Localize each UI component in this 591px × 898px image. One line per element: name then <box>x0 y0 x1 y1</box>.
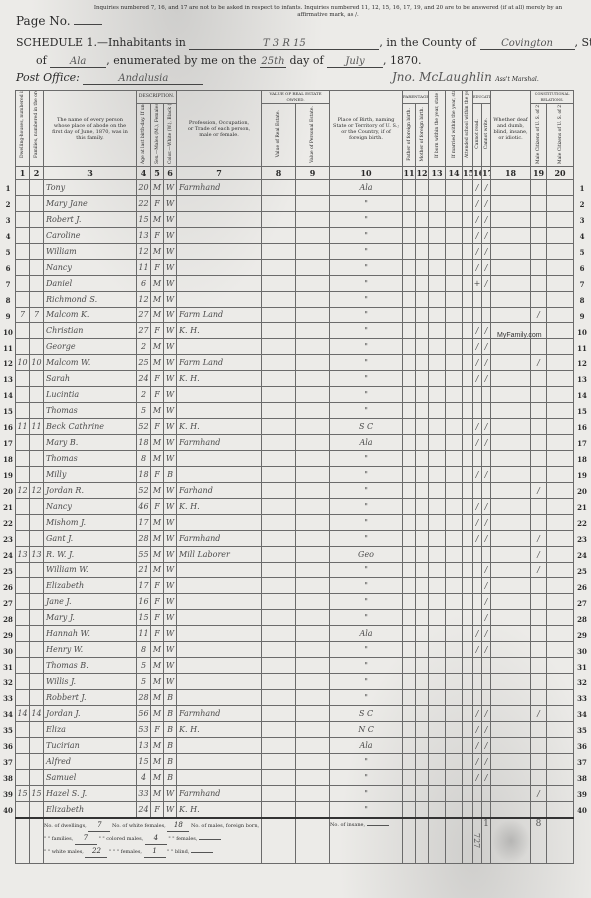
cannot-write: / <box>482 753 491 769</box>
real-estate-value <box>262 594 296 610</box>
father-foreign <box>403 705 416 721</box>
family-number <box>30 387 44 403</box>
disability <box>491 482 531 498</box>
personal-estate-value <box>296 530 330 546</box>
born-within-year <box>429 530 446 546</box>
person-name: Nancy <box>44 259 137 275</box>
male-citizen <box>531 450 547 466</box>
person-name: Alfred <box>44 753 137 769</box>
line-number: 22 <box>2 519 14 528</box>
schedule-line: SCHEDULE 1.—Inhabitants in T 3 R 15, in … <box>16 36 591 50</box>
column-number: 11 <box>403 167 416 180</box>
cannot-write: / <box>482 466 491 482</box>
occupation <box>177 642 262 658</box>
family-number <box>30 562 44 578</box>
col11-header: Father of foreign birth. <box>403 104 416 167</box>
color: W <box>164 514 177 530</box>
occupation: Farhand <box>177 482 262 498</box>
dwelling-number <box>16 450 30 466</box>
cannot-read: / <box>473 355 482 371</box>
real-estate-value <box>262 721 296 737</box>
dwelling-number <box>16 227 30 243</box>
line-number: 27 <box>2 599 14 608</box>
born-within-year <box>429 721 446 737</box>
cannot-write: / <box>482 578 491 594</box>
birthplace: Ala <box>330 737 403 753</box>
enumerated-label: , enumerated by me on the <box>106 54 256 67</box>
born-within-year <box>429 594 446 610</box>
family-number <box>30 259 44 275</box>
born-within-year <box>429 291 446 307</box>
vote-denied <box>547 674 574 690</box>
sex: F <box>151 626 164 642</box>
person-name: Willis J. <box>44 674 137 690</box>
color: B <box>164 769 177 785</box>
marshal-line: Jno. McLaughlin Ass't Marshal. <box>392 70 539 84</box>
real-estate-value <box>262 323 296 339</box>
married-within-year <box>446 323 463 339</box>
line-number: 21 <box>576 503 588 512</box>
disability <box>491 578 531 594</box>
father-foreign <box>403 275 416 291</box>
person-name: Tony <box>44 180 137 196</box>
dwelling-number <box>16 371 30 387</box>
sex: M <box>151 435 164 451</box>
disability <box>491 785 531 801</box>
real-estate-value <box>262 466 296 482</box>
personal-estate-value <box>296 291 330 307</box>
real-estate-value <box>262 291 296 307</box>
mother-foreign <box>416 562 429 578</box>
line-number: 39 <box>576 790 588 799</box>
disability <box>491 658 531 674</box>
attended-school <box>463 339 473 355</box>
occupation: Farmhand <box>177 180 262 196</box>
born-within-year <box>429 626 446 642</box>
cannot-read: / <box>473 498 482 514</box>
mother-foreign <box>416 721 429 737</box>
age: 18 <box>137 466 151 482</box>
line-number: 28 <box>2 615 14 624</box>
cannot-read: / <box>473 753 482 769</box>
col1-header: Dwelling-houses, numbered in the order o… <box>16 91 30 167</box>
person-name: Robbert J. <box>44 690 137 706</box>
sex: M <box>151 642 164 658</box>
line-number: 38 <box>2 774 14 783</box>
line-number: 35 <box>576 726 588 735</box>
birthplace: " <box>330 658 403 674</box>
table-row: Sarah24FWK. H."// <box>16 371 574 387</box>
color: W <box>164 658 177 674</box>
table-row: George2MW"// <box>16 339 574 355</box>
male-citizen: / <box>531 482 547 498</box>
education-group-header: EDUCATION. <box>473 91 491 104</box>
occupation <box>177 243 262 259</box>
column-number: 9 <box>296 167 330 180</box>
table-row: 1212Jordan R.52MWFarhand"/ <box>16 482 574 498</box>
family-number <box>30 498 44 514</box>
attended-school <box>463 594 473 610</box>
dwelling-number <box>16 753 30 769</box>
attended-school <box>463 658 473 674</box>
born-within-year <box>429 546 446 562</box>
census-page: Page No. Inquiries numbered 7, 16, and 1… <box>0 0 591 898</box>
vote-denied <box>547 291 574 307</box>
col6-header: Color.—White (W.), Black (B.), Mulatto (… <box>164 104 177 167</box>
sex: M <box>151 737 164 753</box>
occupation <box>177 753 262 769</box>
dwelling-number <box>16 626 30 642</box>
father-foreign <box>403 259 416 275</box>
father-foreign <box>403 195 416 211</box>
real-estate-value <box>262 801 296 817</box>
male-citizen <box>531 419 547 435</box>
line-number: 5 <box>576 248 588 257</box>
male-citizen: / <box>531 705 547 721</box>
vote-denied <box>547 243 574 259</box>
family-number <box>30 578 44 594</box>
mother-foreign <box>416 435 429 451</box>
father-foreign <box>403 323 416 339</box>
person-name: Hazel S. J. <box>44 785 137 801</box>
age: 11 <box>137 259 151 275</box>
person-name: Elizabeth <box>44 578 137 594</box>
vote-denied <box>547 371 574 387</box>
blind-count <box>191 852 213 853</box>
birthplace: S C <box>330 419 403 435</box>
occupation <box>177 259 262 275</box>
line-number: 15 <box>576 407 588 416</box>
line-number: 36 <box>2 742 14 751</box>
dwelling-number <box>16 339 30 355</box>
male-citizen <box>531 610 547 626</box>
line-number: 20 <box>576 487 588 496</box>
table-row: 1313R. W. J.55MWMill LaborerGeo/ <box>16 546 574 562</box>
column-number: 20 <box>547 167 574 180</box>
age: 15 <box>137 610 151 626</box>
occupation: K. H. <box>177 721 262 737</box>
age: 8 <box>137 642 151 658</box>
birthplace: " <box>330 769 403 785</box>
attended-school <box>463 674 473 690</box>
disability <box>491 419 531 435</box>
family-number: 11 <box>30 419 44 435</box>
sex: M <box>151 180 164 196</box>
vote-denied <box>547 498 574 514</box>
father-foreign <box>403 498 416 514</box>
cannot-write <box>482 801 491 817</box>
real-estate-value <box>262 498 296 514</box>
cannot-read <box>473 450 482 466</box>
person-name: Lucintia <box>44 387 137 403</box>
color: W <box>164 562 177 578</box>
vote-denied <box>547 482 574 498</box>
disability <box>491 498 531 514</box>
occupation <box>177 626 262 642</box>
families-count: 7 <box>75 832 97 845</box>
dwelling-number <box>16 387 30 403</box>
personal-estate-value <box>296 801 330 817</box>
occupation <box>177 387 262 403</box>
table-row: Gant J.28MWFarmhand"/// <box>16 530 574 546</box>
dwelling-number <box>16 610 30 626</box>
male-citizen <box>531 180 547 196</box>
disability <box>491 530 531 546</box>
father-foreign <box>403 387 416 403</box>
sex: M <box>151 243 164 259</box>
line-number: 12 <box>2 359 14 368</box>
birthplace: " <box>330 482 403 498</box>
age: 21 <box>137 562 151 578</box>
male-citizen: / <box>531 530 547 546</box>
mother-foreign <box>416 371 429 387</box>
dwelling-number: 12 <box>16 482 30 498</box>
person-name: William W. <box>44 562 137 578</box>
line-number: 26 <box>2 583 14 592</box>
personal-estate-value <box>296 514 330 530</box>
cannot-read: / <box>473 737 482 753</box>
male-citizen <box>531 195 547 211</box>
col12-header: Mother of foreign birth. <box>416 104 429 167</box>
attended-school <box>463 419 473 435</box>
father-foreign <box>403 626 416 642</box>
sex: M <box>151 291 164 307</box>
sex: M <box>151 482 164 498</box>
attended-school <box>463 498 473 514</box>
age: 5 <box>137 674 151 690</box>
male-citizen <box>531 642 547 658</box>
cannot-read: / <box>473 180 482 196</box>
attended-school <box>463 291 473 307</box>
real-estate-value <box>262 180 296 196</box>
male-citizen <box>531 674 547 690</box>
table-row: Mary Jane22FW"// <box>16 195 574 211</box>
family-number <box>30 737 44 753</box>
mother-foreign <box>416 658 429 674</box>
real-estate-value <box>262 674 296 690</box>
color: W <box>164 387 177 403</box>
vote-denied <box>547 259 574 275</box>
line-number: 35 <box>2 726 14 735</box>
birthplace: " <box>330 291 403 307</box>
male-citizen <box>531 626 547 642</box>
dwelling-number <box>16 498 30 514</box>
person-name: Eliza <box>44 721 137 737</box>
sex: M <box>151 211 164 227</box>
line-number: 4 <box>576 232 588 241</box>
vote-denied <box>547 403 574 419</box>
sex: M <box>151 450 164 466</box>
occupation <box>177 769 262 785</box>
male-citizen <box>531 275 547 291</box>
col15-header: Attended school within the year. <box>463 91 473 167</box>
person-name: Thomas <box>44 403 137 419</box>
married-within-year <box>446 737 463 753</box>
father-foreign <box>403 658 416 674</box>
personal-estate-value <box>296 594 330 610</box>
married-within-year <box>446 546 463 562</box>
personal-estate-value <box>296 626 330 642</box>
married-within-year <box>446 339 463 355</box>
father-foreign <box>403 690 416 706</box>
dwelling-number: 7 <box>16 307 30 323</box>
cannot-write: / <box>482 498 491 514</box>
mother-foreign <box>416 419 429 435</box>
born-within-year <box>429 482 446 498</box>
age: 15 <box>137 753 151 769</box>
birthplace: " <box>330 211 403 227</box>
occupation <box>177 403 262 419</box>
line-number: 33 <box>576 694 588 703</box>
vote-denied <box>547 610 574 626</box>
cannot-write: / <box>482 562 491 578</box>
vote-denied <box>547 690 574 706</box>
line-number: 37 <box>576 758 588 767</box>
born-within-year <box>429 243 446 259</box>
married-within-year <box>446 690 463 706</box>
real-estate-value <box>262 195 296 211</box>
table-row: Robert J.15MW"// <box>16 211 574 227</box>
birthplace: " <box>330 514 403 530</box>
mother-foreign <box>416 243 429 259</box>
born-within-year <box>429 514 446 530</box>
personal-estate-value <box>296 674 330 690</box>
occupation: K. H. <box>177 801 262 817</box>
column-number: 19 <box>531 167 547 180</box>
occupation: Farmhand <box>177 435 262 451</box>
sex: F <box>151 195 164 211</box>
line-number: 10 <box>576 328 588 337</box>
cannot-write: / <box>482 195 491 211</box>
line-number: 29 <box>2 631 14 640</box>
column-number: 12 <box>416 167 429 180</box>
table-row: Elizabeth24FWK. H." <box>16 801 574 817</box>
father-foreign <box>403 530 416 546</box>
person-name: Richmond S. <box>44 291 137 307</box>
family-number <box>30 403 44 419</box>
real-estate-value <box>262 705 296 721</box>
birthplace: " <box>330 466 403 482</box>
real-estate-value <box>262 307 296 323</box>
attended-school <box>463 195 473 211</box>
personal-estate-value <box>296 243 330 259</box>
family-number <box>30 530 44 546</box>
real-estate-value <box>262 785 296 801</box>
color: W <box>164 195 177 211</box>
cannot-read: / <box>473 721 482 737</box>
born-within-year <box>429 658 446 674</box>
attended-school <box>463 546 473 562</box>
male-citizen <box>531 403 547 419</box>
mother-foreign <box>416 259 429 275</box>
male-citizen <box>531 227 547 243</box>
cannot-read: / <box>473 642 482 658</box>
cannot-write: / <box>482 721 491 737</box>
real-estate-value <box>262 403 296 419</box>
sex: F <box>151 721 164 737</box>
colored-females-count: 1 <box>144 845 166 858</box>
married-within-year <box>446 785 463 801</box>
line-number: 2 <box>2 200 14 209</box>
disability <box>491 339 531 355</box>
table-row: Mary B.18MWFarmhandAla// <box>16 435 574 451</box>
mother-foreign <box>416 355 429 371</box>
male-citizen <box>531 737 547 753</box>
personal-estate-value <box>296 737 330 753</box>
occupation: Farm Land <box>177 307 262 323</box>
cannot-read: / <box>473 530 482 546</box>
column-number: 17 <box>482 167 491 180</box>
personal-estate-value <box>296 339 330 355</box>
father-foreign <box>403 546 416 562</box>
dwelling-number: 13 <box>16 546 30 562</box>
vote-denied <box>547 339 574 355</box>
person-name: William <box>44 243 137 259</box>
cannot-read <box>473 610 482 626</box>
disability <box>491 387 531 403</box>
dwelling-number <box>16 674 30 690</box>
married-within-year <box>446 307 463 323</box>
occupation <box>177 211 262 227</box>
age: 16 <box>137 594 151 610</box>
line-number: 18 <box>2 455 14 464</box>
cannot-read <box>473 403 482 419</box>
dwelling-number <box>16 721 30 737</box>
cannot-read <box>473 307 482 323</box>
vote-denied <box>547 626 574 642</box>
line-number: 32 <box>576 678 588 687</box>
born-within-year <box>429 227 446 243</box>
married-within-year <box>446 721 463 737</box>
family-number <box>30 801 44 817</box>
column-number: 3 <box>44 167 137 180</box>
column-number: 14 <box>446 167 463 180</box>
color: B <box>164 466 177 482</box>
attended-school <box>463 259 473 275</box>
person-name: George <box>44 339 137 355</box>
vote-denied <box>547 211 574 227</box>
male-citizen <box>531 769 547 785</box>
male-citizen <box>531 801 547 817</box>
real-estate-value <box>262 769 296 785</box>
mother-foreign <box>416 514 429 530</box>
vote-denied <box>547 530 574 546</box>
married-within-year <box>446 227 463 243</box>
attended-school <box>463 785 473 801</box>
born-within-year <box>429 769 446 785</box>
table-row: Tucirian13MBAla// <box>16 737 574 753</box>
col14-header: If married within the year, state month … <box>446 91 463 167</box>
page-no-label: Page No. <box>16 14 71 28</box>
cannot-read: / <box>473 705 482 721</box>
disability <box>491 355 531 371</box>
birthplace: " <box>330 498 403 514</box>
table-row: Hannah W.11FWAla// <box>16 626 574 642</box>
male-citizen: / <box>531 562 547 578</box>
person-name: Robert J. <box>44 211 137 227</box>
attended-school <box>463 769 473 785</box>
enumeration-line: of Ala, enumerated by me on the 25th day… <box>36 54 422 68</box>
color: W <box>164 674 177 690</box>
col3-header: The name of every person whose place of … <box>44 91 137 167</box>
family-number <box>30 180 44 196</box>
married-within-year <box>446 419 463 435</box>
mother-foreign <box>416 785 429 801</box>
personal-estate-value <box>296 690 330 706</box>
cannot-read: / <box>473 339 482 355</box>
table-row: Henry W.8MW"// <box>16 642 574 658</box>
born-within-year <box>429 371 446 387</box>
